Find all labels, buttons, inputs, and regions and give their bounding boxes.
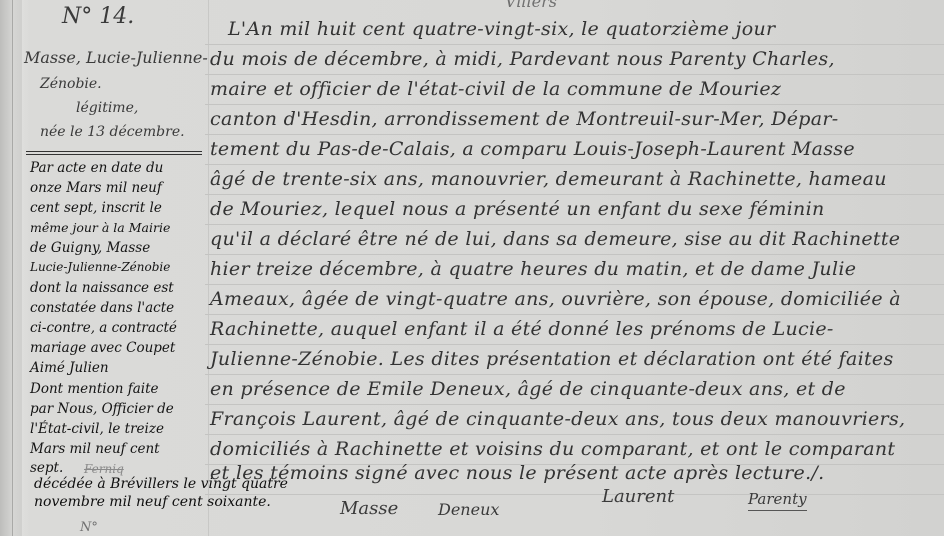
- body-line: du mois de décembre, à midi, Pardevant n…: [210, 48, 835, 70]
- header-fragment: Villers: [505, 0, 557, 11]
- ruled-line: [205, 164, 944, 165]
- entry-legitimacy-status: légitime,: [76, 100, 138, 116]
- annotation-line: par Nous, Officier de: [30, 401, 174, 417]
- ruled-line: [205, 104, 944, 105]
- entry-birth-date: née le 13 décembre.: [40, 124, 185, 140]
- ruled-line: [205, 224, 944, 225]
- margin-double-rule-top: [26, 151, 202, 152]
- body-line: François Laurent, âgé de cinquante-deux …: [210, 408, 905, 430]
- annotation-line: dont la naissance est: [30, 280, 174, 296]
- annotation-line: Aimé Julien: [30, 360, 109, 376]
- signature-laurent: Laurent: [602, 486, 674, 507]
- annotation-line: ci-contre, a contracté: [30, 320, 177, 336]
- body-line: hier treize décembre, à quatre heures du…: [210, 258, 856, 280]
- body-line: Rachinette, auquel enfant il a été donné…: [210, 318, 834, 340]
- margin-double-rule-bottom: [26, 154, 202, 155]
- annotation-line: l'État-civil, le treize: [30, 421, 164, 437]
- ruled-line: [205, 314, 944, 315]
- body-line: domiciliés à Rachinette et voisins du co…: [210, 438, 895, 460]
- signature-deneux: Deneux: [438, 500, 499, 519]
- ruled-line: [205, 284, 944, 285]
- entry-name-line1: Masse, Lucie-Julienne-: [24, 48, 208, 67]
- death-note-line2: novembre mil neuf cent soixante.: [34, 494, 271, 510]
- annotation-line: de Guigny, Masse: [30, 240, 150, 256]
- ruled-line: [205, 344, 944, 345]
- signature-masse: Masse: [340, 498, 398, 519]
- ruled-line: [205, 254, 944, 255]
- body-line: maire et officier de l'état-civil de la …: [210, 78, 781, 100]
- body-line: L'An mil huit cent quatre-vingt-six, le …: [228, 18, 775, 40]
- body-line: Ameaux, âgée de vingt-quatre ans, ouvriè…: [210, 288, 901, 310]
- binding-edge-line: [12, 0, 13, 536]
- body-line: de Mouriez, lequel nous a présenté un en…: [210, 198, 824, 220]
- annotation-line: Mars mil neuf cent: [30, 441, 160, 457]
- ruled-line: [205, 44, 944, 45]
- ruled-line: [205, 374, 944, 375]
- body-line: et les témoins signé avec nous le présen…: [210, 462, 824, 484]
- body-line: en présence de Emile Deneux, âgé de cinq…: [210, 378, 846, 400]
- ruled-line: [205, 404, 944, 405]
- annotation-line: sept.: [30, 460, 63, 476]
- annotation-line: même jour à la Mairie: [30, 220, 170, 235]
- annotation-line: onze Mars mil neuf: [30, 180, 162, 196]
- ruled-line: [205, 194, 944, 195]
- annotation-line: Lucie-Julienne-Zénobie: [30, 260, 170, 274]
- register-page: Villers N° 14. Masse, Lucie-Julienne- Zé…: [0, 0, 944, 536]
- book-binding: [0, 0, 22, 536]
- body-line: Julienne-Zénobie. Les dites présentation…: [210, 348, 894, 370]
- annotation-line: Par acte en date du: [30, 160, 163, 176]
- annotation-line: cent sept, inscrit le: [30, 200, 162, 216]
- annotation-line: constatée dans l'acte: [30, 300, 174, 316]
- entry-number: N° 14.: [62, 4, 134, 29]
- ruled-line: [205, 494, 944, 495]
- struck-word: Ferniq: [84, 462, 124, 476]
- entry-name-line2: Zénobie.: [40, 76, 102, 92]
- annotation-line: Dont mention faite: [30, 381, 158, 397]
- body-line: canton d'Hesdin, arrondissement de Montr…: [210, 108, 838, 130]
- body-line: tement du Pas-de-Calais, a comparu Louis…: [210, 138, 855, 160]
- ruled-line: [205, 434, 944, 435]
- ruled-line: [205, 134, 944, 135]
- annotation-line: mariage avec Coupet: [30, 340, 175, 356]
- body-line: qu'il a déclaré être né de lui, dans sa …: [210, 228, 900, 250]
- ruled-line: [205, 74, 944, 75]
- body-line: âgé de trente-six ans, manouvrier, demeu…: [210, 168, 887, 190]
- signature-mayor-parenty: Parenty: [748, 490, 807, 511]
- next-entry-fragment: N°: [80, 520, 98, 535]
- margin-divider: [208, 0, 209, 536]
